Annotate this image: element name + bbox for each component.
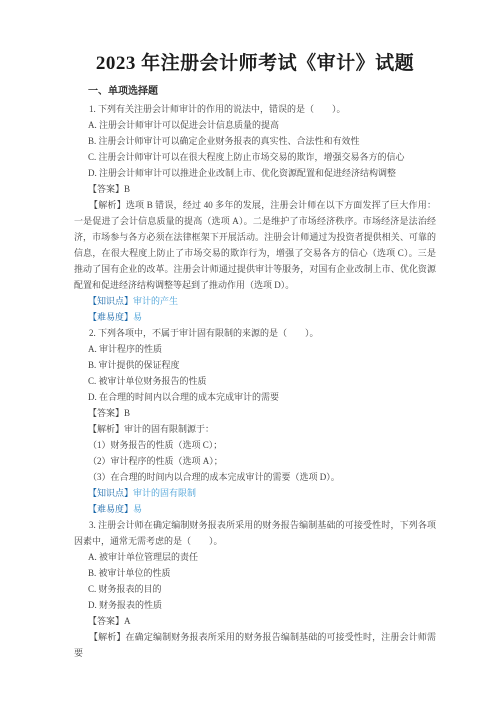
answer-label: 【答案】 [88, 616, 124, 626]
document-title: 2023 年注册会计师考试《审计》试题 [74, 51, 436, 77]
knowledge-value: 审计的固有限制 [133, 488, 196, 498]
answer-value: B [124, 184, 130, 194]
analysis-label: 【解析】 [88, 424, 124, 434]
knowledge-line: 【知识点】审计的固有限制 [74, 485, 436, 501]
question-block: 1. 下列有关注册会计师审计的作用的说法中，错误的是（ ）。A. 注册会计师审计… [74, 101, 436, 325]
difficulty-line: 【难易度】易 [74, 501, 436, 517]
answer-value: A [124, 616, 131, 626]
difficulty-label: 【难易度】 [88, 504, 133, 514]
answer-line: 【答案】A [74, 613, 436, 629]
question-option: A. 被审计单位管理层的责任 [74, 549, 436, 565]
answer-line: 【答案】B [74, 181, 436, 197]
analysis-label: 【解析】 [89, 200, 126, 210]
section-heading: 一、单项选择题 [74, 84, 436, 99]
question-option: B. 审计提供的保证程度 [74, 357, 436, 373]
analysis-line: （3）在合理的时间内以合理的成本完成审计的需要（选项 D）。 [74, 469, 436, 485]
difficulty-value: 易 [133, 312, 142, 322]
analysis-text: （3）在合理的时间内以合理的成本完成审计的需要（选项 D）。 [88, 472, 340, 482]
question-stem: 3. 注册会计师在确定编制财务报表所采用的财务报告编制基础的可接受性时，下列各项… [74, 517, 436, 549]
difficulty-line: 【难易度】易 [74, 309, 436, 325]
analysis-text: 审计的固有限制源于： [124, 424, 214, 434]
analysis-text: 选项 B 错误，经过 40 多年的发展，注册会计师在以下方面发挥了巨大作用：一是… [74, 200, 436, 290]
knowledge-line: 【知识点】审计的产生 [74, 293, 436, 309]
exam-document-page: 2023 年注册会计师考试《审计》试题 一、单项选择题 1. 下列有关注册会计师… [0, 0, 499, 705]
analysis-text: 在确定编制财务报表所采用的财务报告编制基础的可接受性时，注册会计师需要 [74, 632, 436, 658]
question-stem: 1. 下列有关注册会计师审计的作用的说法中，错误的是（ ）。 [74, 101, 436, 117]
knowledge-value: 审计的产生 [133, 296, 178, 306]
question-stem: 2. 下列各项中，不属于审计固有限制的来源的是（ ）。 [74, 325, 436, 341]
analysis-line: 【解析】审计的固有限制源于： [74, 421, 436, 437]
analysis-line: 【解析】选项 B 错误，经过 40 多年的发展，注册会计师在以下方面发挥了巨大作… [74, 197, 436, 293]
analysis-line: 【解析】在确定编制财务报表所采用的财务报告编制基础的可接受性时，注册会计师需要 [74, 629, 436, 661]
answer-label: 【答案】 [88, 408, 124, 418]
question-option: B. 注册会计师审计可以确定企业财务报表的真实性、合法性和有效性 [74, 133, 436, 149]
analysis-label: 【解析】 [89, 632, 126, 642]
question-option: D. 注册会计师审计可以推进企业改制上市、优化资源配置和促进经济结构调整 [74, 165, 436, 181]
question-option: C. 财务报表的目的 [74, 581, 436, 597]
question-option: B. 被审计单位的性质 [74, 565, 436, 581]
analysis-text: （1）财务报告的性质（选项 C）； [88, 440, 222, 450]
analysis-text: （2）审计程序的性质（选项 A）； [88, 456, 223, 466]
answer-label: 【答案】 [88, 184, 124, 194]
question-option: A. 注册会计师审计可以促进会计信息质量的提高 [74, 117, 436, 133]
questions-list: 1. 下列有关注册会计师审计的作用的说法中，错误的是（ ）。A. 注册会计师审计… [74, 101, 436, 661]
question-option: C. 注册会计师审计可以在很大程度上防止市场交易的欺诈，增强交易各方的信心 [74, 149, 436, 165]
analysis-line: （2）审计程序的性质（选项 A）； [74, 453, 436, 469]
question-option: D. 财务报表的性质 [74, 597, 436, 613]
difficulty-label: 【难易度】 [88, 312, 133, 322]
analysis-line: （1）财务报告的性质（选项 C）； [74, 437, 436, 453]
question-block: 2. 下列各项中，不属于审计固有限制的来源的是（ ）。A. 审计程序的性质B. … [74, 325, 436, 517]
knowledge-label: 【知识点】 [88, 296, 133, 306]
question-option: D. 在合理的时间内以合理的成本完成审计的需要 [74, 389, 436, 405]
knowledge-label: 【知识点】 [88, 488, 133, 498]
question-block: 3. 注册会计师在确定编制财务报表所采用的财务报告编制基础的可接受性时，下列各项… [74, 517, 436, 661]
question-option: A. 审计程序的性质 [74, 341, 436, 357]
difficulty-value: 易 [133, 504, 142, 514]
question-option: C. 被审计单位财务报告的性质 [74, 373, 436, 389]
answer-line: 【答案】B [74, 405, 436, 421]
answer-value: B [124, 408, 130, 418]
document-content: 2023 年注册会计师考试《审计》试题 一、单项选择题 1. 下列有关注册会计师… [74, 0, 436, 661]
